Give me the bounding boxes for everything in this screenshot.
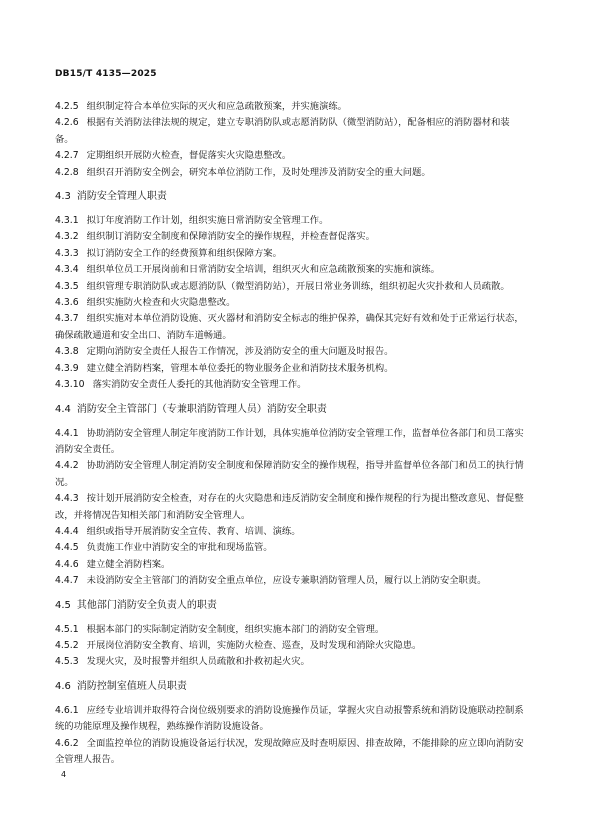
clause-paragraph: 4.3.8定期向消防安全责任人报告工作情况，涉及消防安全的重大问题及时报告。 <box>55 344 525 360</box>
clause-text: 定期向消防安全责任人报告工作情况，涉及消防安全的重大问题及时报告。 <box>87 346 394 357</box>
section-heading: 4.6消防控制室值班人员职责 <box>55 679 525 695</box>
clause-paragraph: 4.3.3拟订消防安全工作的经费预算和组织保障方案。 <box>55 246 525 262</box>
clause-paragraph: 4.3.5组织管理专职消防队或志愿消防队（微型消防站），开展日常业务训练，组织初… <box>55 279 525 295</box>
clause-number: 4.2.8 <box>55 165 79 181</box>
section-title: 消防安全主管部门（专兼职消防管理人员）消防安全职责 <box>77 404 327 415</box>
clause-paragraph: 4.5.2开展岗位消防安全教育、培训，实施防火检查、巡查，及时发现和消除火灾隐患… <box>55 638 525 654</box>
document-id-header: DB15/T 4135—2025 <box>55 69 157 79</box>
clause-text: 落实消防安全责任人委托的其他消防安全管理工作。 <box>93 379 307 390</box>
section-number: 4.3 <box>55 189 71 205</box>
section-number: 4.6 <box>55 679 71 695</box>
clause-paragraph: 4.3.7组织实施对本单位消防设施、灭火器材和消防安全标志的维护保养，确保其完好… <box>55 311 525 344</box>
clause-number: 4.4.5 <box>55 540 79 556</box>
clause-paragraph: 4.3.2组织制订消防安全制度和保障消防安全的操作规程，并检查督促落实。 <box>55 229 525 245</box>
clause-text: 未设消防安全主管部门的消防安全重点单位，应设专兼职消防管理人员，履行以上消防安全… <box>87 575 487 586</box>
clause-paragraph: 4.3.4组织单位员工开展岗前和日常消防安全培训，组织灭火和应急疏散预案的实施和… <box>55 262 525 278</box>
clause-text: 全面监控单位的消防设施设备运行状况，发现故障应及时查明原因、排查故障，不能排除的… <box>55 738 524 765</box>
clause-paragraph: 4.5.1根据本部门的实际制定消防安全制度，组织实施本部门的消防安全管理。 <box>55 622 525 638</box>
clause-text: 组织制订消防安全制度和保障消防安全的操作规程，并检查督促落实。 <box>87 231 375 242</box>
clause-paragraph: 4.4.4组织或指导开展消防安全宣传、教育、培训、演练。 <box>55 524 525 540</box>
clause-text: 根据本部门的实际制定消防安全制度，组织实施本部门的消防安全管理。 <box>87 624 385 635</box>
clause-number: 4.2.5 <box>55 99 79 115</box>
section-title: 消防控制室值班人员职责 <box>77 681 187 692</box>
clause-number: 4.4.6 <box>55 557 79 573</box>
clause-text: 组织或指导开展消防安全宣传、教育、培训、演练。 <box>87 526 301 537</box>
clause-number: 4.5.3 <box>55 654 79 670</box>
section-number: 4.4 <box>55 402 71 418</box>
clause-number: 4.3.10 <box>55 377 85 393</box>
clause-paragraph: 4.3.1拟订年度消防工作计划，组织实施日常消防安全管理工作。 <box>55 213 525 229</box>
clause-paragraph: 4.3.9建立健全消防档案，管理本单位委托的物业服务企业和消防技术服务机构。 <box>55 361 525 377</box>
clause-text: 应经专业培训并取得符合岗位级别要求的消防设施操作员证，掌握火灾自动报警系统和消防… <box>55 705 524 732</box>
clause-text: 建立健全消防档案。 <box>87 559 171 570</box>
clause-text: 组织单位员工开展岗前和日常消防安全培训，组织灭火和应急疏散预案的实施和演练。 <box>87 264 440 275</box>
document-body: 4.2.5组织制定符合本单位实际的灭火和应急疏散预案，并实施演练。4.2.6根据… <box>55 99 525 768</box>
clause-text: 组织实施防火检查和火灾隐患整改。 <box>87 297 236 308</box>
clause-paragraph: 4.4.1协助消防安全管理人制定年度消防工作计划，具体实施单位消防安全管理工作，… <box>55 426 525 459</box>
section-heading: 4.5其他部门消防安全负责人的职责 <box>55 598 525 614</box>
clause-number: 4.4.2 <box>55 458 79 474</box>
clause-paragraph: 4.2.8组织召开消防安全例会，研究本单位消防工作，及时处理涉及消防安全的重大问… <box>55 165 525 181</box>
clause-number: 4.5.1 <box>55 622 79 638</box>
clause-text: 组织管理专职消防队或志愿消防队（微型消防站），开展日常业务训练，组织初起火灾扑救… <box>87 281 510 292</box>
clause-number: 4.3.9 <box>55 361 79 377</box>
clause-paragraph: 4.2.5组织制定符合本单位实际的灭火和应急疏散预案，并实施演练。 <box>55 99 525 115</box>
clause-paragraph: 4.4.2协助消防安全管理人制定消防安全制度和保障消防安全的操作规程，指导并监督… <box>55 458 525 491</box>
clause-text: 协助消防安全管理人制定消防安全制度和保障消防安全的操作规程，指导并监督单位各部门… <box>55 460 524 487</box>
clause-number: 4.3.8 <box>55 344 79 360</box>
clause-text: 根据有关消防法律法规的规定，建立专职消防队或志愿消防队（微型消防站），配备相应的… <box>55 117 510 144</box>
clause-paragraph: 4.2.6根据有关消防法律法规的规定，建立专职消防队或志愿消防队（微型消防站），… <box>55 115 525 148</box>
clause-text: 按计划开展消防安全检查，对存在的火灾隐患和违反消防安全制度和操作规程的行为提出整… <box>55 493 524 520</box>
clause-number: 4.3.7 <box>55 311 79 327</box>
clause-number: 4.2.6 <box>55 115 79 131</box>
clause-number: 4.6.2 <box>55 736 79 752</box>
clause-paragraph: 4.4.5负责施工作业中消防安全的审批和现场监管。 <box>55 540 525 556</box>
clause-number: 4.3.4 <box>55 262 79 278</box>
clause-paragraph: 4.3.6组织实施防火检查和火灾隐患整改。 <box>55 295 525 311</box>
clause-text: 开展岗位消防安全教育、培训，实施防火检查、巡查，及时发现和消除火灾隐患。 <box>87 640 422 651</box>
clause-number: 4.4.3 <box>55 491 79 507</box>
section-heading: 4.4消防安全主管部门（专兼职消防管理人员）消防安全职责 <box>55 402 525 418</box>
clause-number: 4.3.3 <box>55 246 79 262</box>
page-number: 4 <box>61 770 66 779</box>
clause-number: 4.4.1 <box>55 426 79 442</box>
clause-number: 4.3.5 <box>55 279 79 295</box>
section-number: 4.5 <box>55 598 71 614</box>
clause-number: 4.3.6 <box>55 295 79 311</box>
clause-text: 建立健全消防档案，管理本单位委托的物业服务企业和消防技术服务机构。 <box>87 363 394 374</box>
clause-paragraph: 4.4.6建立健全消防档案。 <box>55 557 525 573</box>
clause-number: 4.4.4 <box>55 524 79 540</box>
section-title: 其他部门消防安全负责人的职责 <box>77 600 217 611</box>
clause-text: 组织召开消防安全例会，研究本单位消防工作，及时处理涉及消防安全的重大问题。 <box>87 167 431 178</box>
clause-text: 协助消防安全管理人制定年度消防工作计划，具体实施单位消防安全管理工作，监督单位各… <box>55 428 524 455</box>
clause-paragraph: 4.2.7定期组织开展防火检查，督促落实火灾隐患整改。 <box>55 148 525 164</box>
clause-text: 组织实施对本单位消防设施、灭火器材和消防安全标志的维护保养，确保其完好有效和处于… <box>55 313 524 340</box>
clause-number: 4.3.1 <box>55 213 79 229</box>
clause-text: 拟订年度消防工作计划，组织实施日常消防安全管理工作。 <box>87 215 329 226</box>
clause-text: 拟订消防安全工作的经费预算和组织保障方案。 <box>87 248 282 259</box>
clause-paragraph: 4.6.1应经专业培训并取得符合岗位级别要求的消防设施操作员证，掌握火灾自动报警… <box>55 703 525 736</box>
clause-text: 负责施工作业中消防安全的审批和现场监管。 <box>87 542 273 553</box>
clause-text: 发现火灾，及时报警并组织人员疏散和扑救初起火灾。 <box>87 656 310 667</box>
clause-paragraph: 4.3.10落实消防安全责任人委托的其他消防安全管理工作。 <box>55 377 525 393</box>
clause-number: 4.4.7 <box>55 573 79 589</box>
clause-number: 4.6.1 <box>55 703 79 719</box>
clause-paragraph: 4.5.3发现火灾，及时报警并组织人员疏散和扑救初起火灾。 <box>55 654 525 670</box>
clause-text: 组织制定符合本单位实际的灭火和应急疏散预案，并实施演练。 <box>87 101 347 112</box>
clause-paragraph: 4.6.2全面监控单位的消防设施设备运行状况，发现故障应及时查明原因、排查故障，… <box>55 736 525 769</box>
clause-paragraph: 4.4.7未设消防安全主管部门的消防安全重点单位，应设专兼职消防管理人员，履行以… <box>55 573 525 589</box>
clause-text: 定期组织开展防火检查，督促落实火灾隐患整改。 <box>87 150 292 161</box>
clause-number: 4.2.7 <box>55 148 79 164</box>
section-heading: 4.3消防安全管理人职责 <box>55 189 525 205</box>
clause-number: 4.3.2 <box>55 229 79 245</box>
clause-paragraph: 4.4.3按计划开展消防安全检查，对存在的火灾隐患和违反消防安全制度和操作规程的… <box>55 491 525 524</box>
section-title: 消防安全管理人职责 <box>77 191 167 202</box>
clause-number: 4.5.2 <box>55 638 79 654</box>
